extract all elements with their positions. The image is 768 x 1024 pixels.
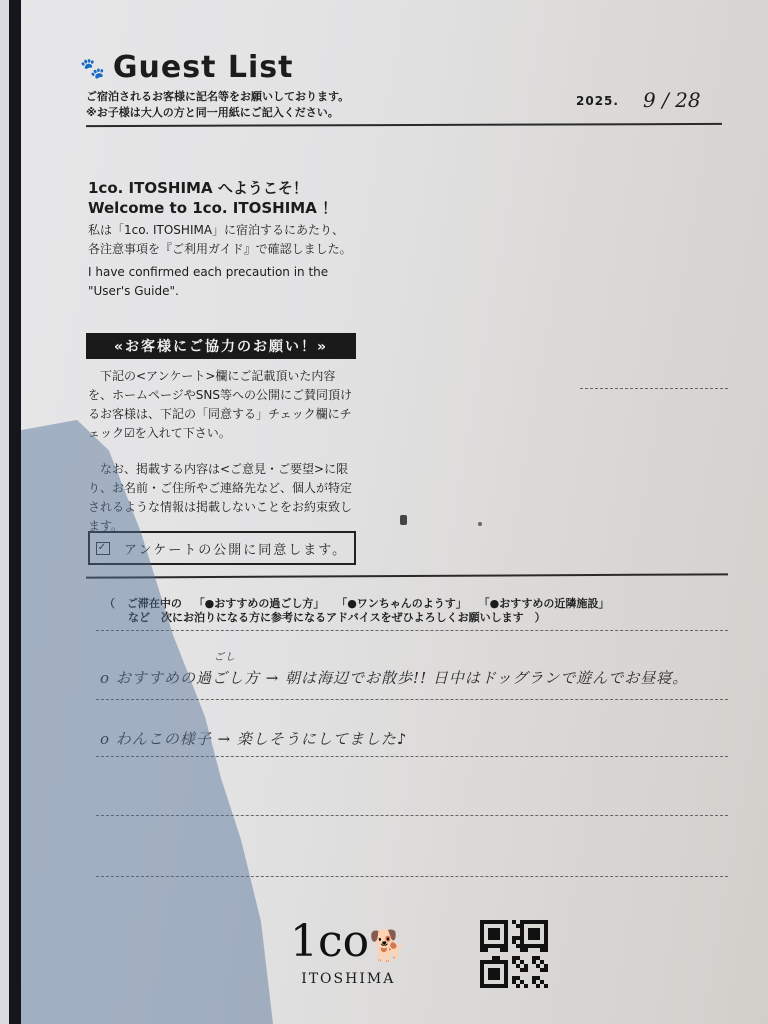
paw-icon: 🐾	[80, 56, 105, 80]
brand-logo: 1co🐕 ITOSHIMA	[290, 920, 407, 987]
clipboard-edge	[9, 0, 21, 1024]
welcome-ja: 1co. ITOSHIMA へようこそ！	[88, 178, 337, 198]
logo-subtitle: ITOSHIMA	[290, 971, 407, 987]
confirmation-ja: 私は「1co. ITOSHIMA」に宿泊するにあたり、 各注意事項を『ご利用ガイ…	[88, 221, 352, 259]
checkbox-checked-icon[interactable]: ✓	[96, 542, 110, 555]
consent-label: アンケートの公開に同意します。	[124, 539, 347, 558]
ink-speck	[478, 522, 482, 526]
page-title: 🐾 Guest List	[80, 50, 293, 85]
dashed-line	[580, 388, 728, 389]
handwritten-correction: ごし	[214, 648, 236, 663]
survey-divider	[86, 573, 728, 578]
title-text: Guest List	[113, 50, 294, 85]
subtitle: ご宿泊されるお客様に記名等をお願いしております。 ※お子様は大人の方と同一用紙に…	[86, 89, 349, 121]
ink-speck	[400, 515, 407, 525]
privacy-paragraph: なお、掲載する内容は<ご意見・ご要望>に限り、お名前・ご住所やご連絡先など、個人…	[88, 460, 358, 536]
guest-list-sheet: 🐾 Guest List ご宿泊されるお客様に記名等をお願いしております。 ※お…	[0, 0, 768, 1024]
request-paragraph: 下記の<アンケート>欄にご記載頂いた内容を、ホームページやSNS等への公開にご賛…	[88, 367, 358, 443]
confirm-line: "User's Guide".	[88, 282, 328, 301]
writing-line	[96, 876, 728, 877]
background-edge	[0, 0, 9, 1024]
subtitle-line: ご宿泊されるお客様に記名等をお願いしております。	[86, 89, 349, 105]
welcome-en: Welcome to 1co. ITOSHIMA ！	[88, 198, 337, 218]
consent-checkbox-row[interactable]: ✓ アンケートの公開に同意します。	[88, 531, 356, 565]
survey-prompt: など 次にお泊りになる方に参考になるアドバイスをぜひよろしくお願いします ）	[128, 609, 546, 625]
header-divider	[86, 123, 722, 127]
writing-line	[96, 756, 728, 757]
date-handwritten[interactable]: 9 / 28	[643, 88, 701, 112]
date-year: 2025.	[576, 94, 619, 108]
handwritten-response[interactable]: o わんこの様子 → 楽しそうにしてました♪	[100, 728, 407, 749]
writing-line	[96, 630, 728, 631]
confirm-line: 各注意事項を『ご利用ガイド』で確認しました。	[88, 240, 352, 259]
subtitle-line: ※お子様は大人の方と同一用紙にご記入ください。	[86, 105, 349, 121]
writing-line	[96, 699, 728, 700]
confirmation-en: I have confirmed each precaution in the …	[88, 263, 328, 301]
dog-icon: 🐕	[369, 929, 406, 964]
logo-text: 1co	[290, 916, 369, 967]
qr-code-icon[interactable]	[480, 920, 548, 988]
welcome-heading: 1co. ITOSHIMA へようこそ！ Welcome to 1co. ITO…	[88, 178, 337, 218]
confirm-line: 私は「1co. ITOSHIMA」に宿泊するにあたり、	[88, 221, 352, 240]
request-banner: «お客様にご協力のお願い！»	[86, 333, 356, 359]
confirm-line: I have confirmed each precaution in the	[88, 263, 328, 282]
writing-line	[96, 815, 728, 816]
handwritten-response[interactable]: o おすすめの過ごし方 → 朝は海辺でお散歩!! 日中はドッグランで遊んでお昼寝…	[100, 667, 688, 688]
